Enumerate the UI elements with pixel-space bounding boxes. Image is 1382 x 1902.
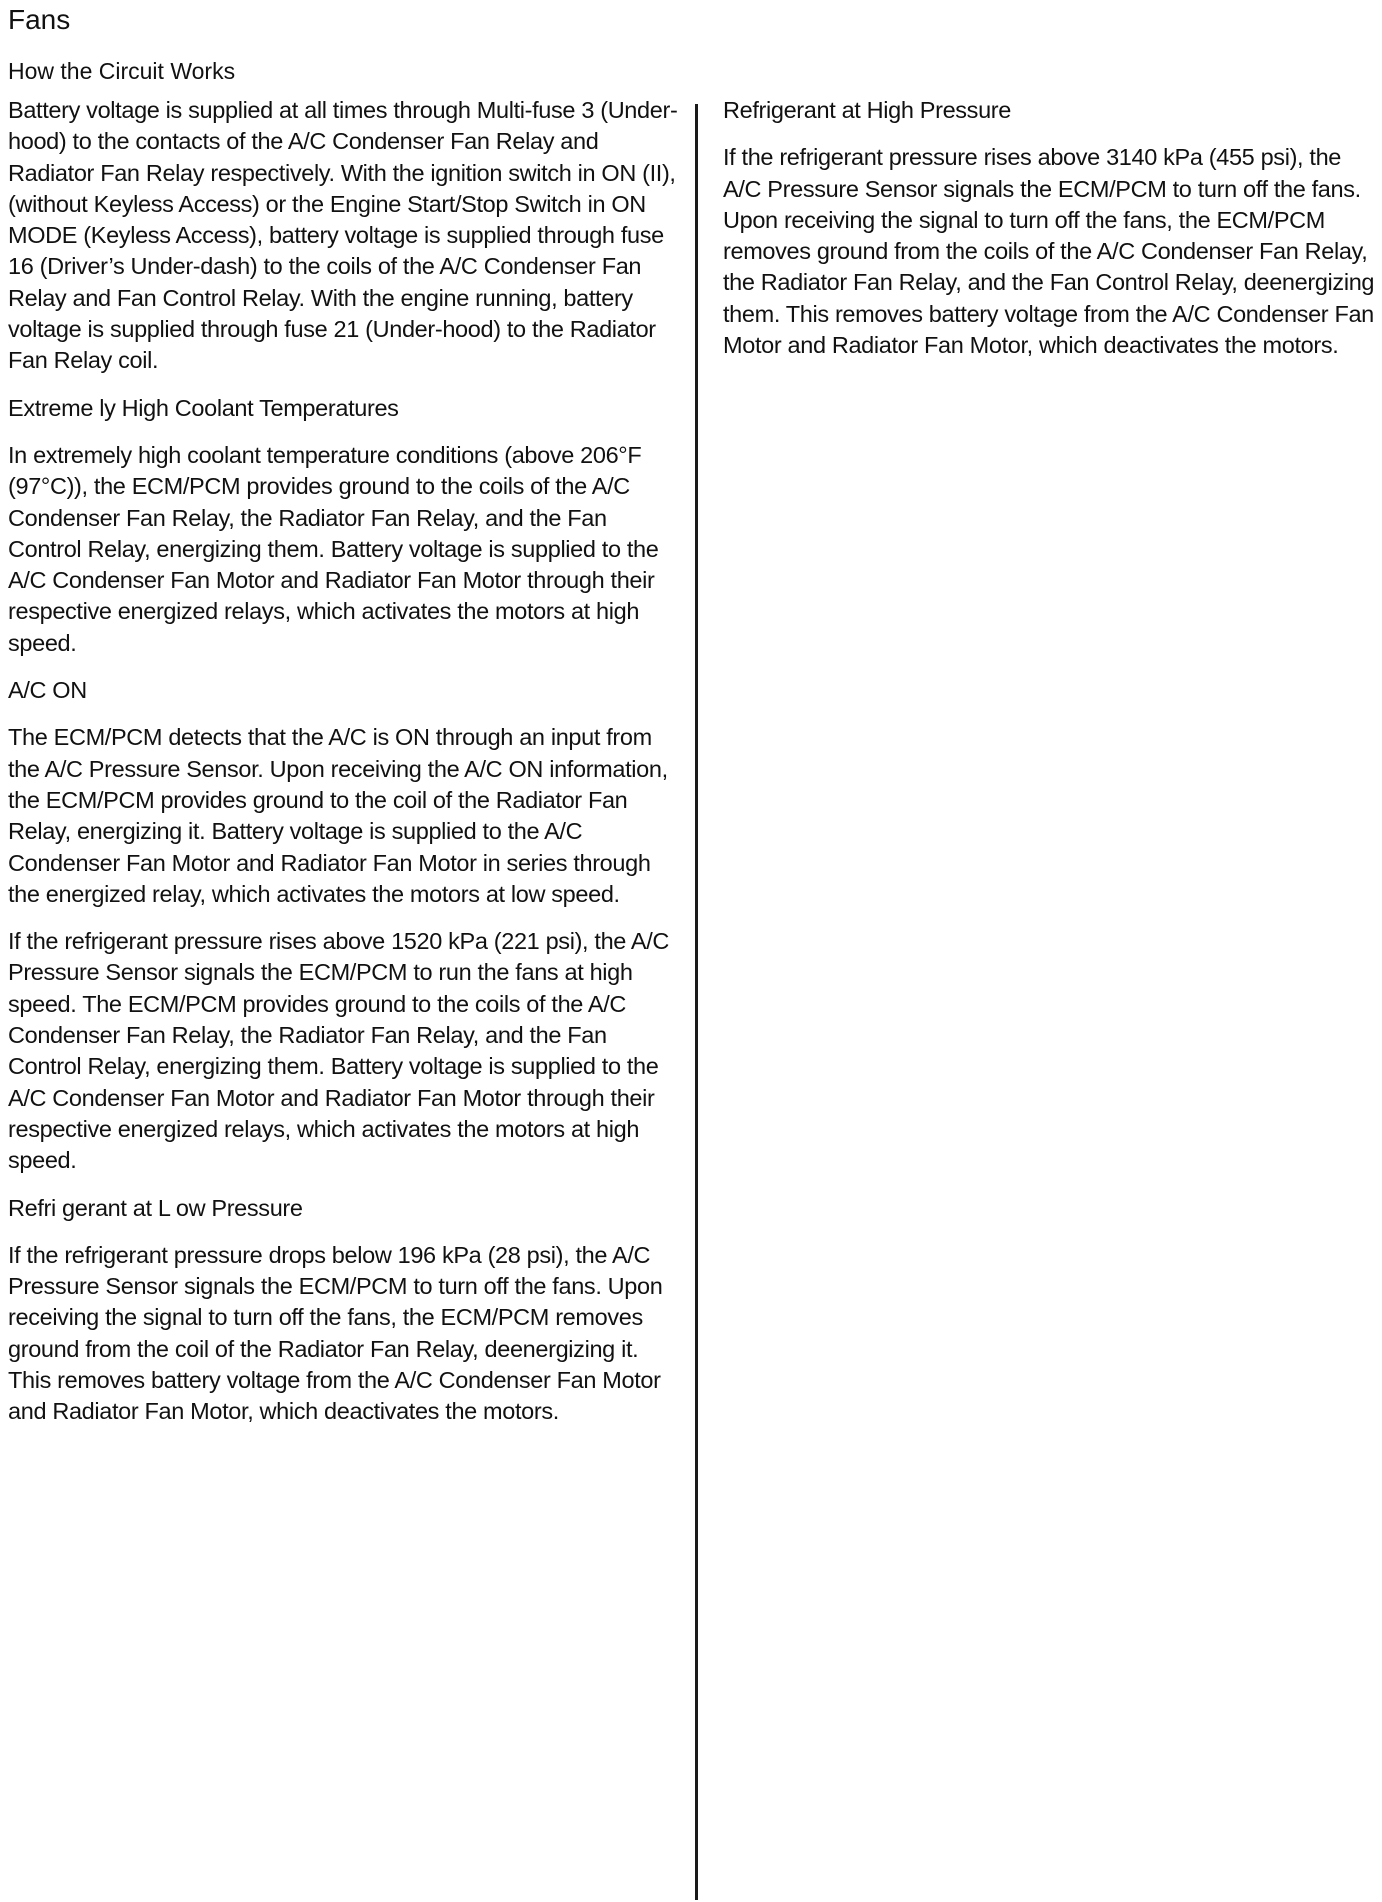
- section-title: How the Circuit Works: [8, 56, 235, 86]
- heading-extremely-high-coolant-temperatures: Extreme ly High Coolant Temperatures: [8, 393, 680, 424]
- heading-ac-on: A/C ON: [8, 675, 680, 706]
- intro-paragraph: Battery voltage is supplied at all times…: [8, 95, 680, 377]
- page-title: Fans: [8, 2, 70, 38]
- paragraph: In extremely high coolant temperature co…: [8, 440, 680, 659]
- paragraph: If the refrigerant pressure rises above …: [723, 142, 1382, 361]
- heading-refrigerant-low-pressure: Refri gerant at L ow Pressure: [8, 1193, 680, 1224]
- heading-refrigerant-high-pressure: Refrigerant at High Pressure: [723, 95, 1382, 126]
- paragraph: The ECM/PCM detects that the A/C is ON t…: [8, 722, 680, 910]
- left-column: Battery voltage is supplied at all times…: [8, 95, 680, 1444]
- right-column: Refrigerant at High Pressure If the refr…: [723, 95, 1382, 377]
- paragraph: If the refrigerant pressure drops below …: [8, 1240, 680, 1428]
- paragraph: If the refrigerant pressure rises above …: [8, 926, 680, 1176]
- column-divider: [695, 104, 698, 1900]
